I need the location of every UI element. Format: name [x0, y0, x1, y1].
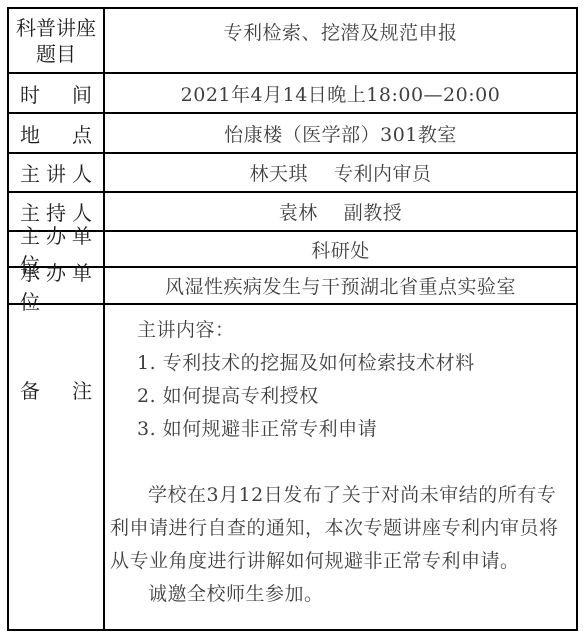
row-value-title: 专利检索、挖潜及规范申报 — [105, 9, 576, 72]
row-label-speaker-text: 主讲人 — [9, 158, 103, 187]
remarks-content: 主讲内容： 1. 专利技术的挖掘及如何检索技术材料 2. 如何提高专利授权 3.… — [105, 305, 576, 629]
row-value-host: 袁林 副教授 — [105, 193, 576, 230]
remarks-item-1: 1. 专利技术的挖掘及如何检索技术材料 — [137, 347, 566, 380]
row-value-location: 怡康楼（医学部）301教室 — [105, 114, 576, 152]
table-row-speaker: 主讲人 林天琪 专利内审员 — [9, 154, 576, 193]
row-value-speaker: 林天琪 专利内审员 — [105, 154, 576, 191]
row-label-speaker: 主讲人 — [9, 154, 105, 191]
row-value-undertaker: 风湿性疾病发生与干预湖北省重点实验室 — [105, 268, 576, 303]
remarks-item-3: 3. 如何规避非正常专利申请 — [137, 413, 566, 446]
remarks-paragraph-2: 诚邀全校师生参加。 — [110, 578, 566, 611]
row-label-remarks-text: 备注 — [9, 375, 103, 404]
remarks-item-2: 2. 如何提高专利授权 — [137, 380, 566, 413]
row-value-time: 2021年4月14日晚上18:00—20:00 — [105, 74, 576, 112]
row-label-title: 科普讲座 题目 — [9, 9, 105, 72]
row-value-organizer: 科研处 — [105, 232, 576, 266]
remarks-heading: 主讲内容： — [137, 314, 566, 347]
row-label-title-line2: 题目 — [9, 41, 103, 67]
lecture-announcement-table: 科普讲座 题目 专利检索、挖潜及规范申报 时间 2021年4月14日晚上18:0… — [7, 7, 578, 631]
table-row-location: 地点 怡康楼（医学部）301教室 — [9, 114, 576, 154]
row-label-undertaker: 承办单位 — [9, 268, 105, 303]
row-label-title-text: 科普讲座 题目 — [9, 15, 103, 67]
table-row-title: 科普讲座 题目 专利检索、挖潜及规范申报 — [9, 9, 576, 74]
row-label-remarks: 备注 — [9, 305, 105, 629]
row-label-time: 时间 — [9, 74, 105, 112]
remarks-paragraph-1: 学校在3月12日发布了关于对尚未审结的所有专利申请进行自查的通知，本次专题讲座专… — [110, 479, 566, 578]
table-row-time: 时间 2021年4月14日晚上18:00—20:00 — [9, 74, 576, 114]
row-label-location-text: 地点 — [9, 119, 103, 148]
table-row-undertaker: 承办单位 风湿性疾病发生与干预湖北省重点实验室 — [9, 268, 576, 305]
row-label-title-line1: 科普讲座 — [9, 15, 103, 41]
row-label-location: 地点 — [9, 114, 105, 152]
row-label-time-text: 时间 — [9, 79, 103, 108]
table-row-remarks: 备注 主讲内容： 1. 专利技术的挖掘及如何检索技术材料 2. 如何提高专利授权… — [9, 305, 576, 629]
